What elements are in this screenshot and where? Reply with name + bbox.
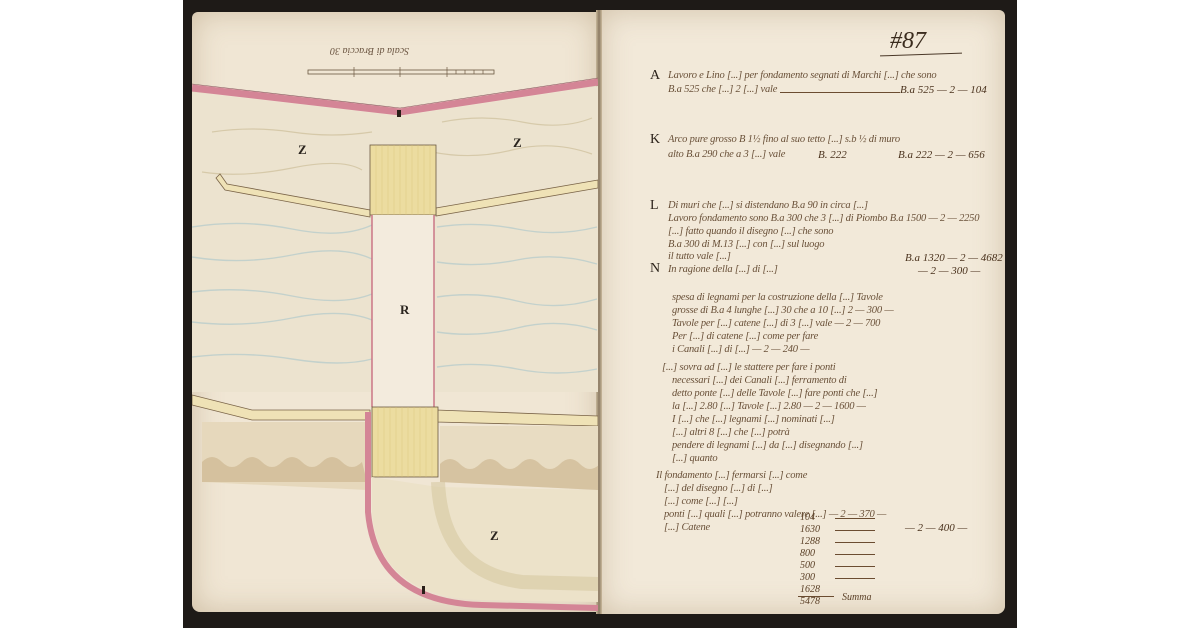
entry-line: il tutto vale [...] (668, 251, 731, 262)
paragraph-line: [...] sovra ad [...] le stattere per far… (662, 362, 835, 373)
entry-amount: B.a 1320 — 2 — 4682 (905, 252, 1003, 264)
entry-line: In ragione della [...] di [...] (668, 264, 778, 275)
tally-dash (835, 542, 875, 543)
entry-line: alto B.a 290 che a 3 [...] vale (668, 149, 785, 160)
tally-dash (835, 578, 875, 579)
entry-line: Lavoro fondamento sono B.a 300 che 3 [..… (668, 213, 979, 224)
paragraph-line: [...] del disegno [...] di [...] (664, 483, 773, 494)
tally-row: 1628 (800, 584, 820, 595)
entry-amount: B.a 222 — 2 — 656 (898, 149, 985, 161)
entry-line: Di muri che [...] si distendano B.a 90 i… (668, 200, 868, 211)
entry-letter: N (650, 261, 660, 277)
paragraph-line: [...] come [...] [...] (664, 496, 738, 507)
paragraph-line: Il fondamento [...] fermarsi [...] come (656, 470, 807, 481)
tally-row: 800 (800, 548, 815, 559)
paragraph-amount: — 2 — 400 — (905, 522, 967, 534)
zone-label: R (400, 302, 409, 318)
leader-dashes (780, 92, 900, 93)
paragraph-line: i Canali [...] di [...] — 2 — 240 — (672, 344, 809, 355)
zone-label: Z (490, 528, 499, 544)
entry-line: B.a 525 che [...] 2 [...] vale (668, 84, 777, 95)
paragraph-line: Tavole per [...] catene [...] di 3 [...]… (672, 318, 880, 329)
folio-number: #87 (890, 28, 926, 55)
entry-letter: A (650, 68, 660, 84)
entry-letter: K (650, 132, 660, 148)
tally-row: 500 (800, 560, 815, 571)
paragraph-line: necessari [...] dei Canali [...] ferrame… (672, 375, 847, 386)
tally-dash (835, 530, 875, 531)
paragraph-line: [...] altri 8 [...] che [...] potrà (672, 427, 790, 438)
scale-label: Scala di Braccia 30 (330, 45, 409, 56)
tally-row: 1630 (800, 524, 820, 535)
paragraph-line: Per [...] di catene [...] come per fare (672, 331, 818, 342)
paragraph-line: detto ponte [...] delle Tavole [...] far… (672, 388, 877, 399)
entry-line: B.a 300 di M.13 [...] con [...] sul luog… (668, 239, 824, 250)
paragraph-line: spesa di legnami per la costruzione dell… (672, 292, 883, 303)
tally-dash (835, 566, 875, 567)
paragraph-line: la [...] 2.80 [...] Tavole [...] 2.80 — … (672, 401, 866, 412)
entry-line: Arco pure grosso B 1½ fino al suo tetto … (668, 134, 900, 145)
paragraph-line: pendere di legnami [...] da [...] disegn… (672, 440, 863, 451)
paragraph-line: [...] Catene (664, 522, 710, 533)
entry-letter: L (650, 198, 659, 214)
tally-dash (835, 518, 875, 519)
tally-row: 300 (800, 572, 815, 583)
tally-dash (835, 554, 875, 555)
paragraph-line: grosse di B.a 4 lunghe [...] 30 che a 10… (672, 305, 893, 316)
zone-label: Z (513, 135, 522, 151)
canal-plan-drawing (192, 12, 598, 612)
paragraph-line: I [...] che [...] legnami [...] nominati… (672, 414, 835, 425)
tally-total-label: Summa (842, 592, 871, 603)
tally-sum-line (798, 596, 834, 597)
entry-line: Lavoro e Lino [...] per fondamento segna… (668, 70, 936, 81)
tally-row: 1288 (800, 536, 820, 547)
paragraph-line: [...] quanto (672, 453, 717, 464)
zone-label: Z (298, 142, 307, 158)
entry-amount: B.a 525 — 2 — 104 (900, 84, 987, 96)
entry-line: [...] fatto quando il disegno [...] che … (668, 226, 833, 237)
tally-row: 104 (800, 512, 815, 523)
entry-amount: — 2 — 300 — (918, 265, 980, 277)
entry-mid-amount: B. 222 (818, 149, 847, 161)
tally-total: 5478 (800, 596, 820, 607)
